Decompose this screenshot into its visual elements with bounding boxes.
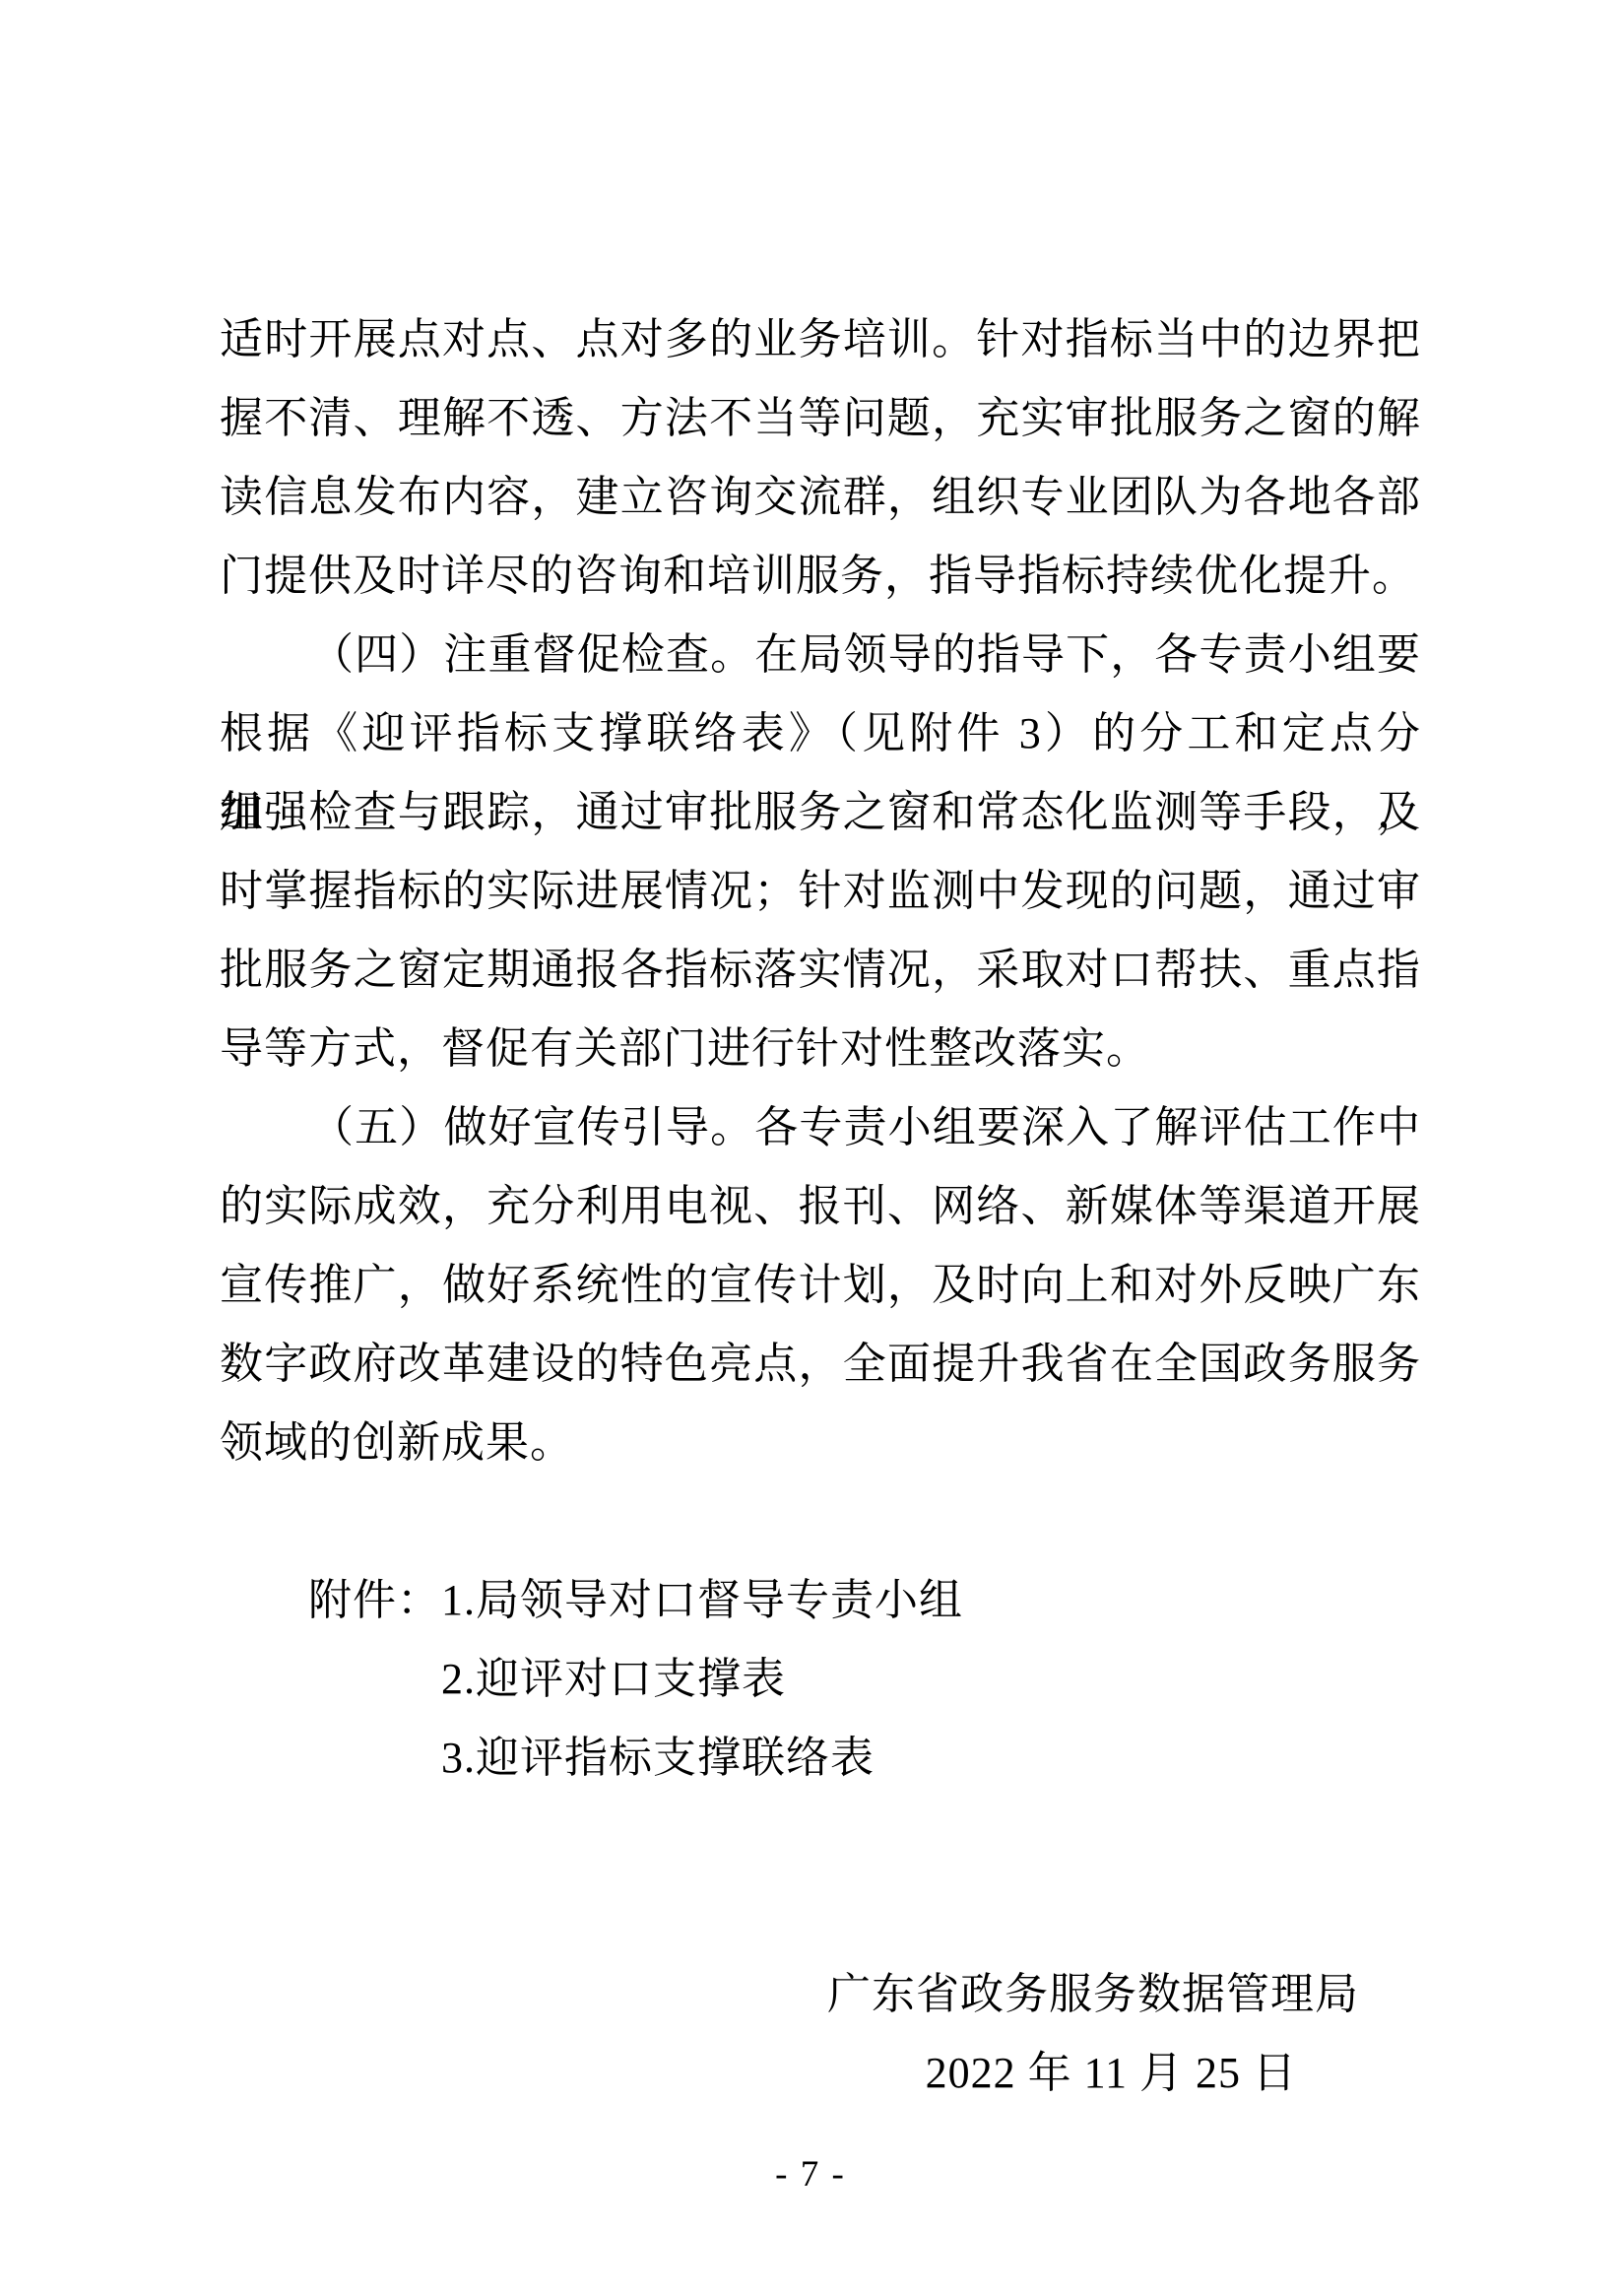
body-line: 握不清、理解不透、方法不当等问题，充实审批服务之窗的解 [220, 379, 1421, 458]
body-line: 根据《迎评指标支撑联络表》（见附件 3）的分工和定点分组， [220, 694, 1421, 773]
document-page: 适时开展点对点、点对多的业务培训。针对指标当中的边界把握不清、理解不透、方法不当… [0, 0, 1621, 2296]
attachments-label: 附件： [308, 1561, 441, 1640]
attachment-item: 1.局领导对口督导专责小组 [441, 1561, 963, 1640]
body-line: （四）注重督促检查。在局领导的指导下，各专责小组要 [220, 616, 1421, 694]
body-line: 门提供及时详尽的咨询和培训服务，指导指标持续优化提升。 [220, 537, 1421, 616]
body-line: 数字政府改革建设的特色亮点，全面提升我省在全国政务服务 [220, 1325, 1421, 1404]
document-body: 适时开展点对点、点对多的业务培训。针对指标当中的边界把握不清、理解不透、方法不当… [220, 300, 1421, 1482]
body-line: 适时开展点对点、点对多的业务培训。针对指标当中的边界把 [220, 300, 1421, 379]
body-line: 领域的创新成果。 [220, 1404, 1421, 1482]
body-line: （五）做好宣传引导。各专责小组要深入了解评估工作中 [220, 1088, 1421, 1167]
attachment-item: 2.迎评对口支撑表 [441, 1640, 963, 1719]
attachments-block: 附件： 1.局领导对口督导专责小组2.迎评对口支撑表3.迎评指标支撑联络表 [308, 1561, 963, 1798]
signature-organization: 广东省政务服务数据管理局 [827, 1955, 1359, 2034]
attachments-list: 1.局领导对口督导专责小组2.迎评对口支撑表3.迎评指标支撑联络表 [441, 1561, 963, 1798]
attachment-item: 3.迎评指标支撑联络表 [441, 1719, 963, 1798]
page-number: - 7 - [0, 2153, 1621, 2197]
body-line: 宣传推广，做好系统性的宣传计划，及时向上和对外反映广东 [220, 1246, 1421, 1325]
signature-date: 2022 年 11 月 25 日 [926, 2034, 1297, 2113]
body-line: 批服务之窗定期通报各指标落实情况，采取对口帮扶、重点指 [220, 931, 1421, 1010]
body-line: 导等方式，督促有关部门进行针对性整改落实。 [220, 1010, 1421, 1088]
body-line: 的实际成效，充分利用电视、报刊、网络、新媒体等渠道开展 [220, 1167, 1421, 1246]
body-line: 时掌握指标的实际进展情况；针对监测中发现的问题，通过审 [220, 852, 1421, 931]
body-line: 读信息发布内容，建立咨询交流群，组织专业团队为各地各部 [220, 458, 1421, 537]
body-line: 加强检查与跟踪，通过审批服务之窗和常态化监测等手段，及 [220, 773, 1421, 852]
